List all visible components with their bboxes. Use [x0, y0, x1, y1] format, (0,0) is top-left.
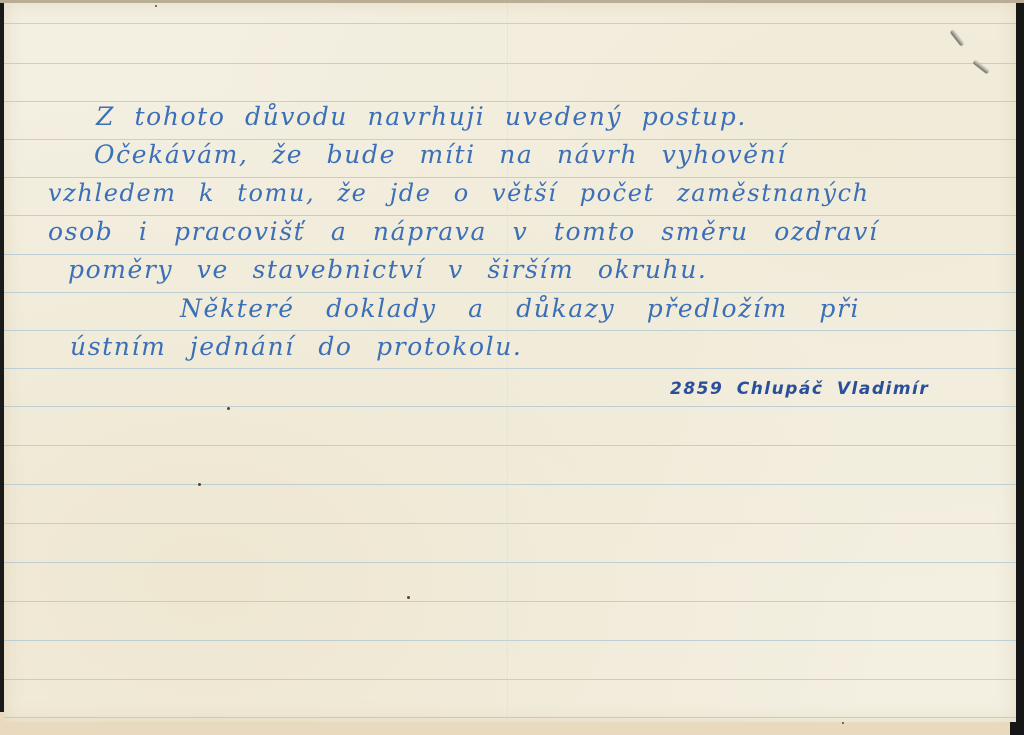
- staple-mark: [950, 30, 964, 47]
- handwritten-line-6: Některé doklady a důkazy předložím při: [180, 294, 860, 323]
- ruled-line: [4, 484, 1016, 485]
- ruled-line: [4, 330, 1016, 331]
- ruled-line: [4, 292, 1016, 293]
- ruled-line: [4, 177, 1016, 178]
- handwritten-line-2: Očekávám, že bude míti na návrh vyhovění: [94, 140, 787, 169]
- ruled-line: [4, 215, 1016, 216]
- ruled-line: [4, 679, 1016, 680]
- handwritten-line-7: ústním jednání do protokolu.: [70, 332, 522, 361]
- ruled-line: [4, 601, 1016, 602]
- ruled-line: [4, 717, 1016, 718]
- ruled-line: [4, 406, 1016, 407]
- paper-speck: [407, 596, 410, 599]
- ruled-line: [4, 368, 1016, 369]
- ruled-line: [4, 562, 1016, 563]
- ruled-line: [4, 63, 1016, 64]
- paper-speck: [227, 407, 230, 410]
- handwritten-line-1: Z tohoto důvodu navrhuji uvedený postup.: [96, 102, 747, 131]
- ruled-line: [4, 445, 1016, 446]
- ruled-line: [4, 640, 1016, 641]
- signature: 2859 Chlupáč Vladimír: [670, 379, 929, 399]
- paper-speck: [155, 5, 157, 7]
- handwritten-line-3: vzhledem k tomu, že jde o větší počet za…: [48, 179, 870, 207]
- ruled-line: [4, 23, 1016, 24]
- ruled-line: [4, 523, 1016, 524]
- paper-speck: [842, 722, 844, 724]
- handwritten-line-4: osob i pracovišť a náprava v tomto směru…: [48, 217, 879, 246]
- paper-speck: [198, 483, 201, 486]
- paper-top-edge: [0, 0, 1024, 3]
- scanned-document: Z tohoto důvodu navrhuji uvedený postup.…: [0, 0, 1024, 735]
- letter-page: Z tohoto důvodu navrhuji uvedený postup.…: [4, 2, 1016, 722]
- handwritten-line-5: poměry ve stavebnictví v širším okruhu.: [68, 255, 707, 284]
